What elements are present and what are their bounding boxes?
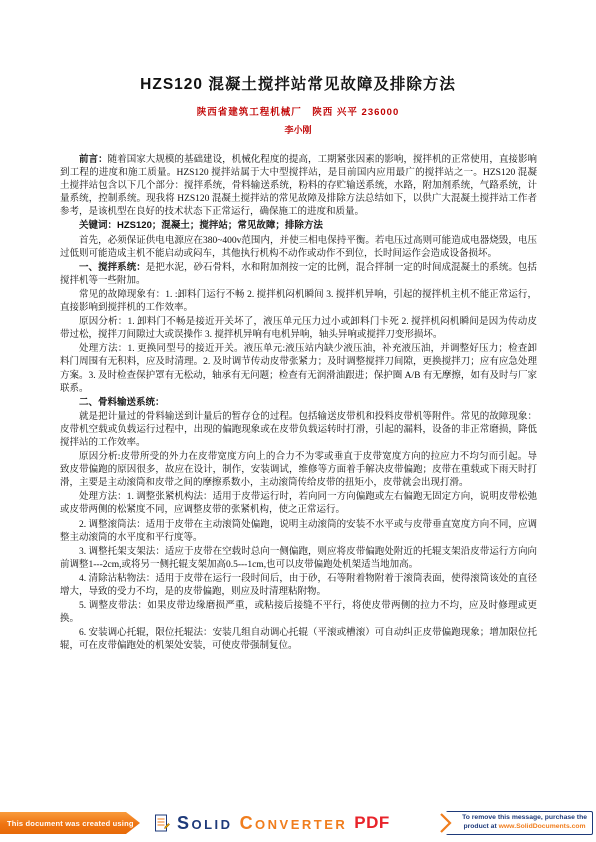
paragraph: 常见的故障现象有：1. :卸料门运行不畅 2. 搅拌机闷机瞬间 3. 搅拌机异响… — [60, 288, 537, 315]
paragraph-lead: 二、骨料输送系统： — [79, 397, 165, 408]
paragraph: 5. 调整皮带法：如果皮带边缘磨损严重，或粘接后接缝不平行，将使皮带两侧的拉力不… — [60, 599, 537, 626]
paragraph-text: 原因分析:皮带所受的外力在皮带宽度方向上的合力不为零或垂直于皮带宽度方向的拉应力… — [60, 452, 537, 488]
paragraph-text: 原因分析：1. 卸料门不畅是接近开关坏了，液压单元压力过小或卸料门卡死 2. 搅… — [60, 317, 537, 340]
paragraph-intro: 前言：随着国家大规模的基础建设，机械化程度的提高，工期紧张因素的影响，搅拌机的正… — [60, 153, 537, 219]
paragraph: 3. 调整托架支架法：适应于皮带在空载时总向一侧偏跑，则应将皮带偏跑处附近的托辊… — [60, 545, 537, 572]
document-page: HZS120 混凝土搅拌站常见故障及排除方法 陕西省建筑工程机械厂 陕西 兴平 … — [0, 0, 596, 842]
footer-banner: This document was created using Solid Co… — [0, 808, 596, 838]
document-body: 前言：随着国家大规模的基础建设，机械化程度的提高，工期紧张因素的影响，搅拌机的正… — [60, 153, 537, 653]
created-with-ribbon: This document was created using — [0, 812, 140, 834]
paragraph: 原因分析:皮带所受的外力在皮带宽度方向上的合力不为零或垂直于皮带宽度方向的拉应力… — [60, 450, 537, 490]
author-affiliation: 陕西省建筑工程机械厂 陕西 兴平 236000 — [0, 104, 596, 118]
paragraph-text: 处理方法：1. 调整张紧机构法：适用于皮带运行时，若向同一方向偏跑或左右偏跑无固… — [60, 492, 537, 515]
author-name: 李小刚 — [0, 123, 596, 136]
logo-word-pdf: PDF — [354, 813, 390, 833]
paragraph-text: 常见的故障现象有：1. :卸料门运行不畅 2. 搅拌机闷机瞬间 3. 搅拌机异响… — [60, 290, 537, 313]
document-pencil-icon — [154, 813, 170, 833]
paragraph: 6. 安装调心托辊，限位托辊法：安装几组自动调心托辊（平滚或槽滚）可自动纠正皮带… — [60, 626, 537, 653]
paragraph: 2. 调整滚筒法：适用于皮带在主动滚筒处偏跑，说明主动滚筒的安装不水平或与皮带垂… — [60, 518, 537, 545]
logo-word-converter: Converter — [240, 813, 348, 834]
notice-line1: To remove this message, purchase the — [462, 814, 587, 821]
paragraph: 4. 清除沾粘物法：适用于皮带在运行一段时间后，由于砂，石等附着物附着于滚筒表面… — [60, 572, 537, 599]
paragraph: 原因分析：1. 卸料门不畅是接近开关坏了，液压单元压力过小或卸料门卡死 2. 搅… — [60, 315, 537, 342]
paragraph-text: 5. 调整皮带法：如果皮带边缘磨损严重，或粘接后接缝不平行，将使皮带两侧的拉力不… — [60, 601, 537, 624]
chevron-right-icon — [439, 812, 452, 834]
paragraph-section-1: 一、搅拌系统：是把水泥，砂石骨料，水和附加剂按一定的比例，混合拌制一定的时间成混… — [60, 261, 537, 288]
paragraph: 处理方法：1. 更换同型号的接近开关。液压单元:液压站内缺少液压油，补充液压油，… — [60, 342, 537, 395]
paragraph-text: 2. 调整滚筒法：适用于皮带在主动滚筒处偏跑，说明主动滚筒的安装不水平或与皮带垂… — [60, 520, 537, 543]
solid-documents-link[interactable]: www.SolidDocuments.com — [499, 823, 586, 830]
paragraph-lead: 前言： — [79, 154, 108, 165]
paragraph-text: 就是把计量过的骨料输送到计量后的暂存仓的过程。包括输送皮带机和投料皮带机等附件。… — [60, 412, 537, 448]
paragraph-text: 处理方法：1. 更换同型号的接近开关。液压单元:液压站内缺少液压油，补充液压油，… — [60, 344, 537, 393]
paragraph: 处理方法：1. 调整张紧机构法：适用于皮带运行时，若向同一方向偏跑或左右偏跑无固… — [60, 490, 537, 517]
paragraph-lead: 关键词：HZS120；混凝土；搅拌站；常见故障；排除方法 — [79, 220, 323, 231]
paragraph-text: 首先，必须保证供电电源应在380~400v范围内，并使三相电保持平衡。若电压过高… — [60, 236, 537, 259]
paragraph-text: 4. 清除沾粘物法：适用于皮带在运行一段时间后，由于砂，石等附着物附着于滚筒表面… — [60, 574, 537, 597]
paragraph-keywords: 关键词：HZS120；混凝土；搅拌站；常见故障；排除方法 — [60, 219, 537, 233]
logo-word-solid: Solid — [177, 813, 233, 834]
paragraph-text: 3. 调整托架支架法：适应于皮带在空载时总向一侧偏跑，则应将皮带偏跑处附近的托辊… — [60, 547, 537, 570]
ribbon-text: This document was created using — [7, 819, 134, 828]
paragraph-text: 随着国家大规模的基础建设，机械化程度的提高，工期紧张因素的影响，搅拌机的正常使用… — [60, 155, 537, 217]
paragraph-text: 6. 安装调心托辊，限位托辊法：安装几组自动调心托辊（平滚或槽滚）可自动纠正皮带… — [60, 628, 537, 651]
paragraph-section-2: 二、骨料输送系统： — [60, 396, 537, 410]
paragraph-lead: 一、搅拌系统： — [79, 262, 146, 273]
paragraph: 就是把计量过的骨料输送到计量后的暂存仓的过程。包括输送皮带机和投料皮带机等附件。… — [60, 410, 537, 450]
purchase-notice[interactable]: To remove this message, purchase the pro… — [446, 811, 593, 834]
paragraph: 首先，必须保证供电电源应在380~400v范围内，并使三相电保持平衡。若电压过高… — [60, 234, 537, 261]
notice-line2-prefix: product at — [463, 823, 498, 830]
page-title: HZS120 混凝土搅拌站常见故障及排除方法 — [0, 0, 596, 94]
solid-converter-logo[interactable]: Solid Converter PDF — [154, 813, 390, 834]
